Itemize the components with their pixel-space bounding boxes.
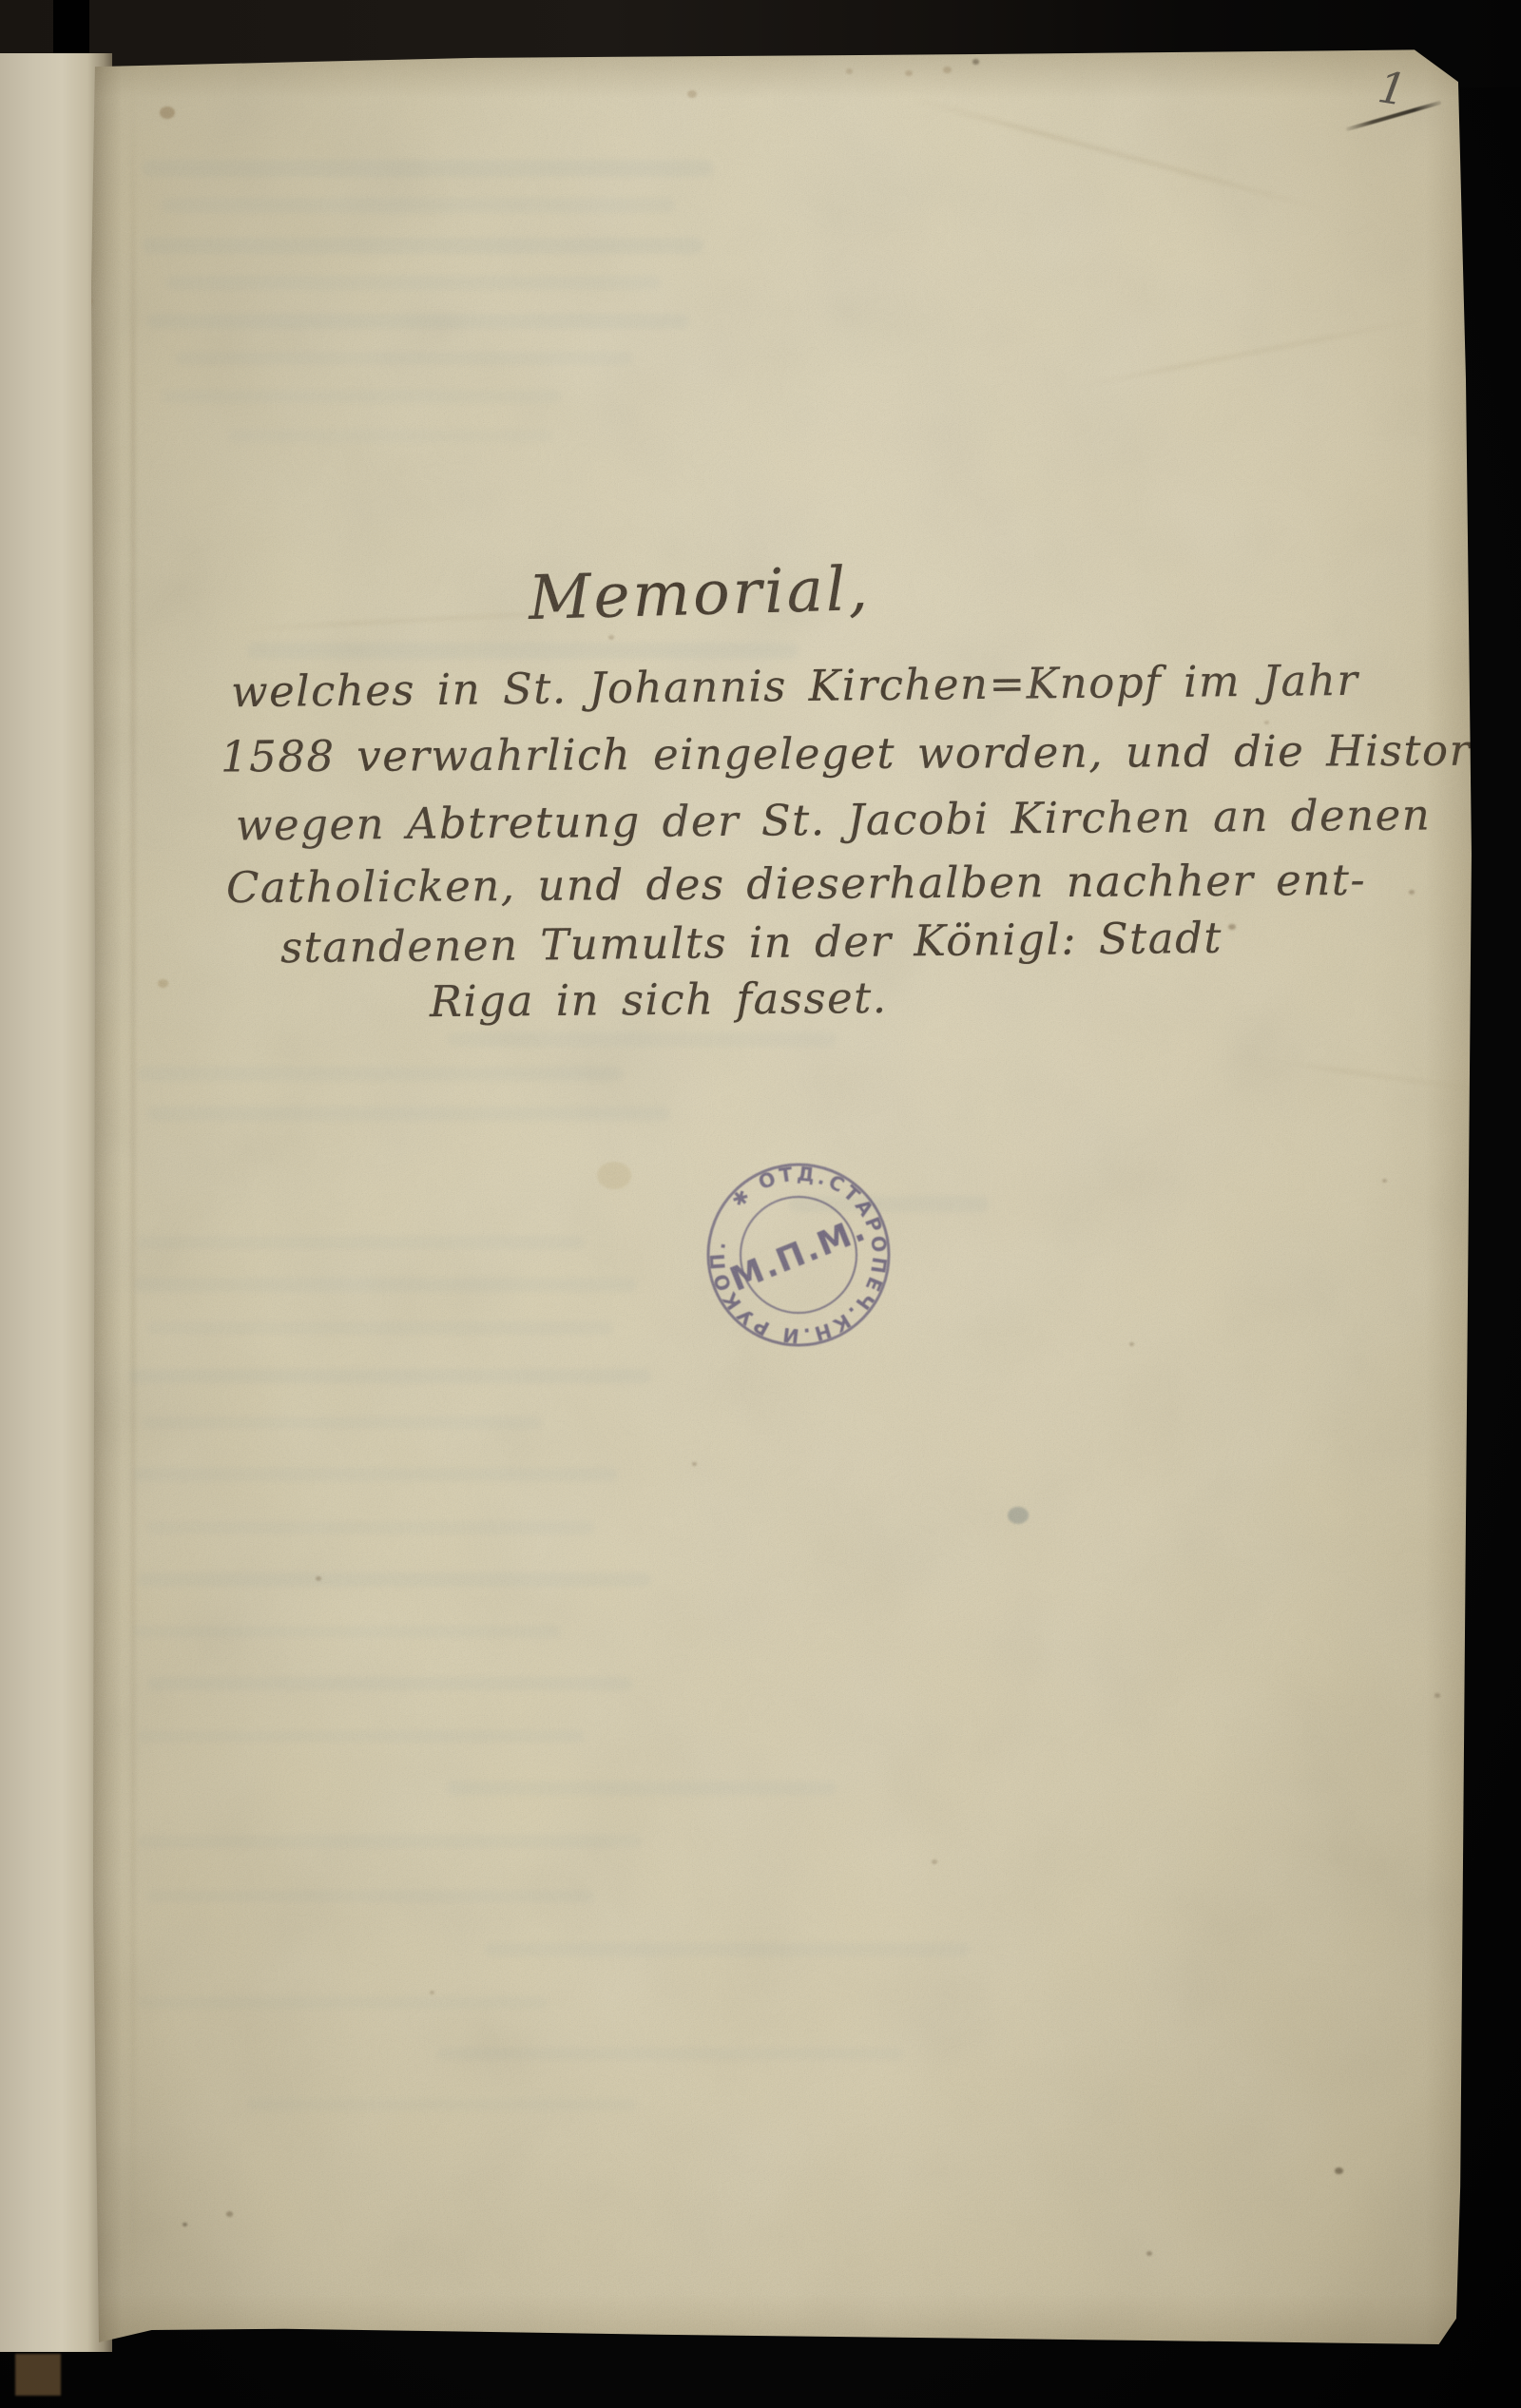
- verso-bleedthrough: [138, 1067, 623, 1081]
- paper-wrinkle: [1279, 1060, 1476, 1090]
- verso-bleedthrough: [138, 1996, 547, 2009]
- verso-bleedthrough: [143, 1416, 542, 1429]
- handwritten-line: Riga in sich fasset.: [430, 973, 888, 1027]
- verso-bleedthrough: [133, 1468, 618, 1481]
- verso-bleedthrough: [138, 1572, 651, 1587]
- foxing-spot: [226, 2211, 233, 2217]
- handwritten-line: standenen Tumults in der Königl: Stadt: [280, 913, 1223, 973]
- stamp-center-text: М.П.М.: [725, 1210, 873, 1300]
- page-title: Memorial,: [528, 554, 872, 634]
- verso-bleedthrough: [138, 1730, 585, 1743]
- manuscript-page: 1 Memorial, welches in St. Johannis Kirc…: [89, 48, 1473, 2352]
- foxing-spot: [1409, 890, 1415, 895]
- foxing-spot: [1264, 721, 1269, 724]
- verso-bleedthrough: [143, 238, 703, 254]
- verso-bleedthrough: [147, 1107, 670, 1121]
- verso-bleedthrough: [147, 1677, 632, 1690]
- paper-crease: [131, 86, 135, 2291]
- foxing-spot: [1228, 924, 1236, 930]
- verso-bleedthrough: [133, 1626, 561, 1638]
- folio-number: 1: [1375, 61, 1410, 116]
- verso-bleedthrough: [143, 160, 713, 177]
- foxing-spot: [1129, 1342, 1134, 1346]
- foxing-spot: [158, 979, 168, 988]
- verso-bleedthrough: [147, 1321, 613, 1335]
- foxing-spot: [1434, 1693, 1440, 1698]
- verso-bleedthrough: [162, 390, 561, 403]
- verso-bleedthrough: [247, 2099, 637, 2110]
- handwritten-line: welches in St. Johannis Kirchen=Knopf im…: [231, 655, 1359, 717]
- foxing-spot: [1146, 2251, 1152, 2256]
- foxing-spot: [943, 67, 952, 73]
- verso-bleedthrough: [138, 1835, 642, 1848]
- handwritten-line: Catholicken, und des dieserhalben nachhe…: [226, 855, 1366, 913]
- verso-bleedthrough: [247, 643, 799, 659]
- verso-bleedthrough: [138, 1236, 585, 1249]
- foxing-spot: [932, 1859, 937, 1864]
- foxing-spot: [1382, 1179, 1387, 1183]
- foxing-spot: [1008, 1507, 1029, 1524]
- binding-gap: [53, 0, 89, 61]
- foxing-spot: [160, 106, 175, 119]
- verso-bleedthrough: [128, 1369, 651, 1383]
- foxing-spot: [430, 1991, 434, 1994]
- foxing-spot: [316, 1576, 321, 1581]
- foxing-spot: [692, 1462, 697, 1466]
- handwritten-line: wegen Abtretung der St. Jacobi Kirchen a…: [236, 790, 1432, 851]
- handwritten-line: 1588 verwahrlich eingeleget worden, und …: [221, 724, 1502, 781]
- paper-wrinkle: [1071, 318, 1427, 389]
- verso-bleedthrough: [228, 430, 551, 442]
- verso-bleedthrough: [485, 1943, 970, 1956]
- foxing-spot: [597, 1162, 631, 1189]
- foxing-spot: [608, 635, 614, 640]
- verso-bleedthrough: [133, 1278, 637, 1292]
- paper-wrinkle: [904, 96, 1327, 212]
- verso-bleedthrough: [147, 314, 689, 329]
- verso-bleedthrough: [147, 1890, 594, 1902]
- foxing-spot: [905, 70, 913, 76]
- verso-bleedthrough: [437, 2048, 903, 2060]
- library-stamp: ✱ ОТД.СТАРОПЕЧ.КН.И РУКОП. М.П.М.: [694, 1150, 903, 1359]
- foxing-spot: [1335, 2167, 1343, 2174]
- foxing-spot: [183, 2223, 187, 2226]
- verso-bleedthrough: [147, 1521, 594, 1534]
- verso-bleedthrough: [162, 198, 675, 213]
- foxing-spot: [687, 90, 697, 98]
- foxing-spot: [972, 59, 979, 65]
- verso-bleedthrough: [447, 1032, 837, 1047]
- verso-bleedthrough: [166, 276, 661, 290]
- verso-bleedthrough: [447, 1782, 837, 1795]
- verso-bleedthrough: [176, 352, 632, 365]
- photographed-manuscript: 1 Memorial, welches in St. Johannis Kirc…: [0, 0, 1521, 2408]
- binding-edge-bottom: [15, 2354, 61, 2396]
- foxing-spot: [846, 68, 853, 74]
